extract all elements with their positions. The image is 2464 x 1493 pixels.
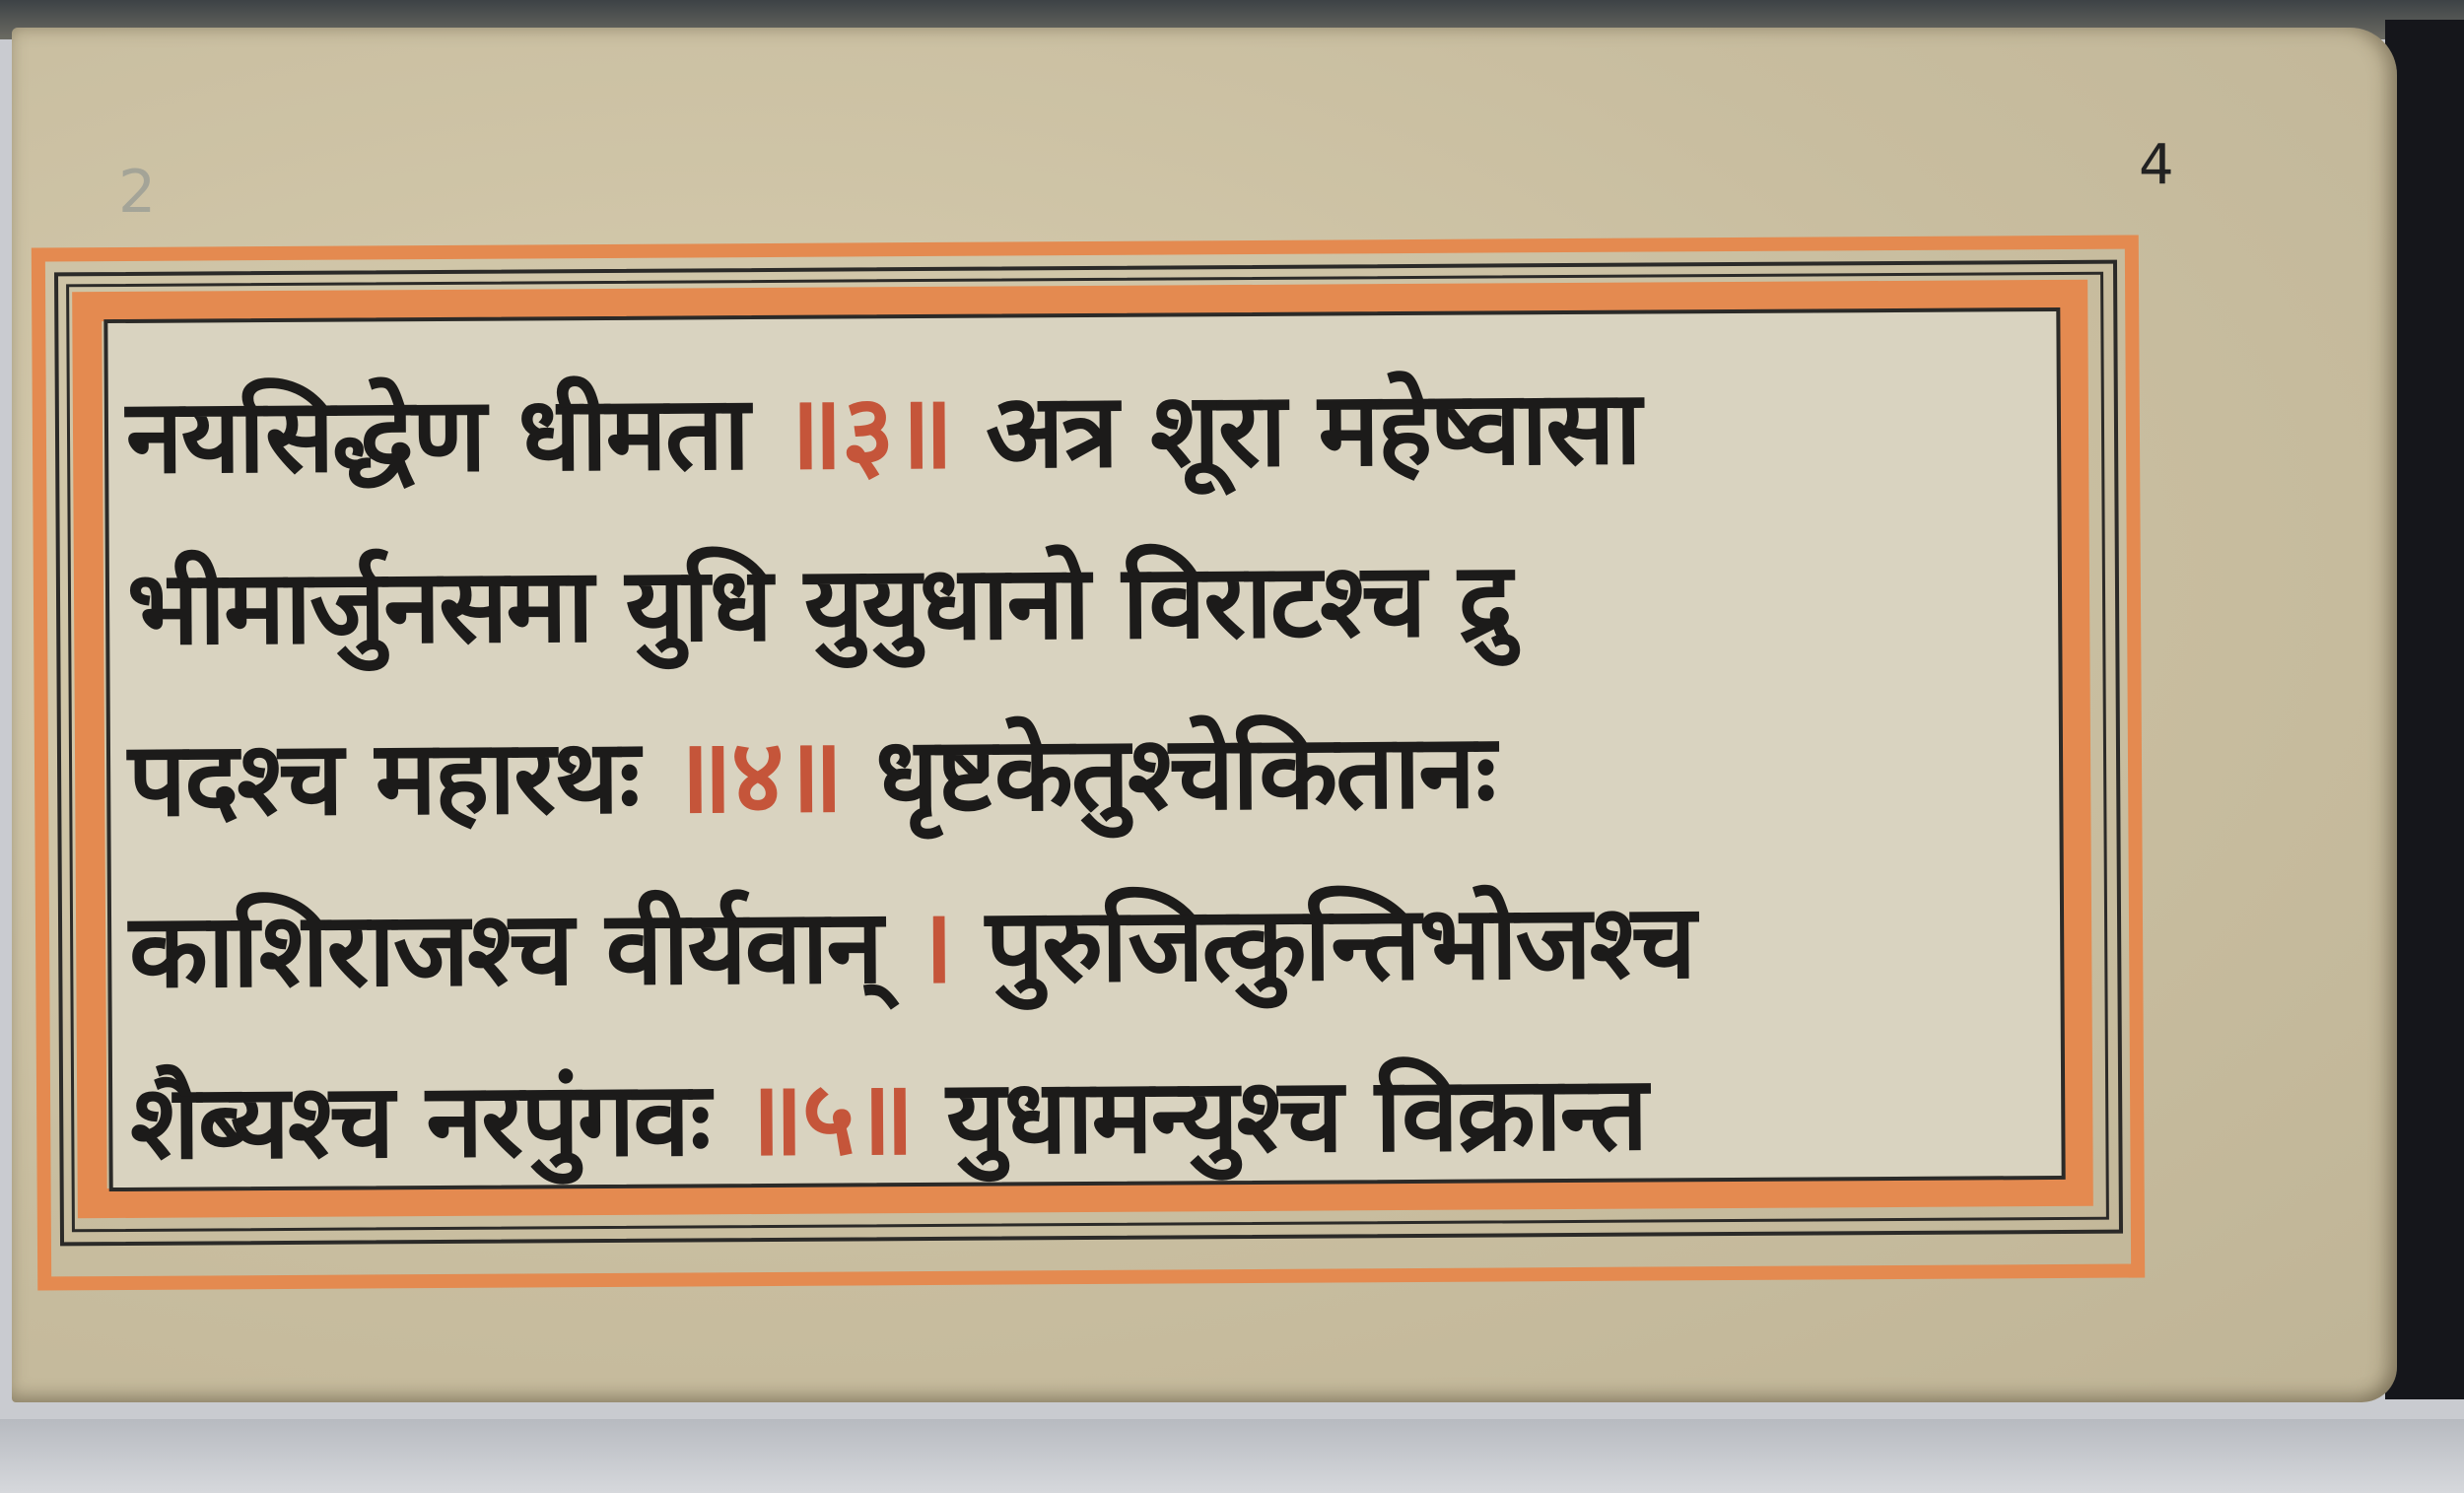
line-text: युधामन्युश्च विक्रान्त: [946, 1053, 1646, 1178]
text-line-2: भीमार्जुनसमा युधि युयुधानो विराटश्च द्रु: [126, 510, 2049, 694]
background-bottom-surface: [0, 1419, 2464, 1493]
line-text: शैब्यश्च नरपुंगवः: [130, 1058, 710, 1183]
manuscript-text-block: नयसिद्धेण धीमता ॥३॥ अत्र शूरा महेष्वासा …: [125, 339, 2052, 1208]
verse-marker: ॥३॥: [782, 372, 952, 493]
line-text: पुरुजित्कुन्तिभोजश्च: [986, 881, 1695, 1005]
text-line-5: शैब्यश्च नरपुंगवः ॥५॥ युधामन्युश्च विक्र…: [130, 1025, 2053, 1208]
background-dark-right: [2385, 20, 2464, 1399]
text-line-4: काशिराजश्च वीर्यवान् । पुरुजित्कुन्तिभोज…: [129, 853, 2052, 1037]
line-text: नयसिद्धेण धीमता: [126, 373, 749, 497]
text-line-1: नयसिद्धेण धीमता ॥३॥ अत्र शूरा महेष्वासा: [125, 339, 2048, 522]
faint-margin-mark: 2: [118, 158, 156, 227]
page-number: 4: [2139, 133, 2174, 197]
line-text: युयुधानो विराटश्च द्रु: [804, 539, 1511, 663]
verse-marker: ॥४॥: [671, 715, 842, 837]
verse-marker: ।: [915, 886, 952, 1006]
text-line-3: पदश्च महारथः ॥४॥ धृष्टकेतुश्चेकितानः: [127, 682, 2050, 865]
line-text: भीमार्जुनसमा युधि: [127, 544, 772, 668]
line-text: काशिराजश्च वीर्यवान्: [129, 886, 882, 1011]
line-text: पदश्च महारथः: [128, 716, 639, 840]
line-text: अत्र शूरा महेष्वासा: [986, 368, 1640, 492]
line-text: धृष्टकेतुश्चेकितानः: [875, 711, 1495, 835]
verse-marker: ॥५॥: [742, 1057, 913, 1179]
